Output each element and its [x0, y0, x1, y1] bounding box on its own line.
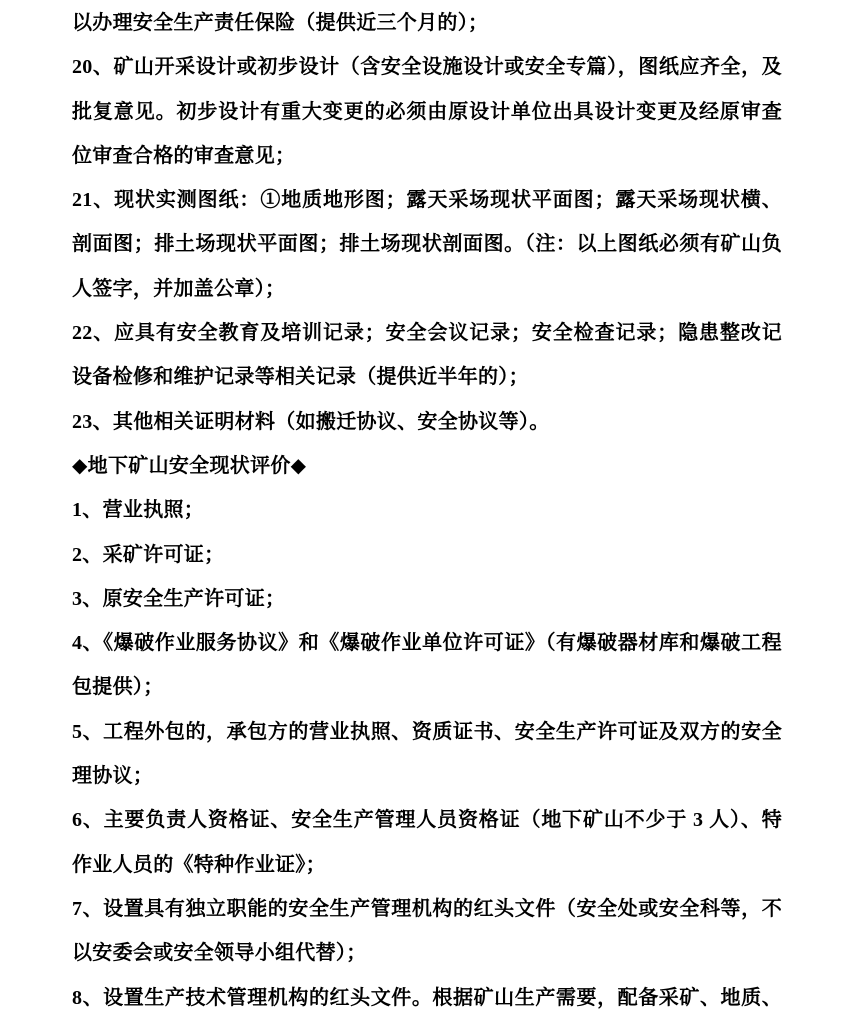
text-line: 包提供）； — [72, 665, 782, 709]
text-line: 6、主要负责人资格证、安全生产管理人员资格证（地下矿山不少于 3 人）、特种 — [72, 798, 782, 842]
text-line: 5、工程外包的，承包方的营业执照、资质证书、安全生产许可证及双方的安全管 — [72, 710, 782, 754]
paragraph: 6、主要负责人资格证、安全生产管理人员资格证（地下矿山不少于 3 人）、特种作业… — [72, 798, 782, 887]
text-line: 4、《爆破作业服务协议》和《爆破作业单位许可证》（有爆破器材库和爆破工程外 — [72, 621, 782, 665]
text-line: 23、其他相关证明材料（如搬迁协议、安全协议等）。 — [72, 400, 782, 444]
text-line: ◆地下矿山安全现状评价◆ — [72, 444, 782, 488]
paragraph: 3、原安全生产许可证； — [72, 577, 782, 621]
text-line: 7、设置具有独立职能的安全生产管理机构的红头文件（安全处或安全科等，不能 — [72, 887, 782, 931]
text-line: 位审查合格的审查意见； — [72, 134, 782, 178]
paragraph: 2、采矿许可证； — [72, 533, 782, 577]
document-body: 以办理安全生产责任保险（提供近三个月的）；20、矿山开采设计或初步设计（含安全设… — [72, 1, 782, 1020]
paragraph: 4、《爆破作业服务协议》和《爆破作业单位许可证》（有爆破器材库和爆破工程外包提供… — [72, 621, 782, 710]
paragraph: 5、工程外包的，承包方的营业执照、资质证书、安全生产许可证及双方的安全管理协议； — [72, 710, 782, 799]
text-line: 22、应具有安全教育及培训记录；安全会议记录；安全检查记录；隐患整改记录； — [72, 311, 782, 355]
text-line: 1、营业执照； — [72, 488, 782, 532]
text-line: 20、矿山开采设计或初步设计（含安全设施设计或安全专篇），图纸应齐全，及其 — [72, 45, 782, 89]
text-line: 以办理安全生产责任保险（提供近三个月的）； — [72, 1, 782, 45]
paragraph: 8、设置生产技术管理机构的红头文件。根据矿山生产需要，配备采矿、地质、测 — [72, 976, 782, 1020]
text-line: 人签字，并加盖公章）； — [72, 267, 782, 311]
text-line: 以安委会或安全领导小组代替）； — [72, 931, 782, 975]
text-line: 2、采矿许可证； — [72, 533, 782, 577]
paragraph: 22、应具有安全教育及培训记录；安全会议记录；安全检查记录；隐患整改记录；设备检… — [72, 311, 782, 400]
text-line: 作业人员的《特种作业证》； — [72, 843, 782, 887]
paragraph: 20、矿山开采设计或初步设计（含安全设施设计或安全专篇），图纸应齐全，及其批复意… — [72, 45, 782, 178]
text-line: 剖面图；排土场现状平面图；排土场现状剖面图。（注：以上图纸必须有矿山负责 — [72, 222, 782, 266]
section-heading: ◆地下矿山安全现状评价◆ — [72, 444, 782, 488]
text-line: 3、原安全生产许可证； — [72, 577, 782, 621]
paragraph: 23、其他相关证明材料（如搬迁协议、安全协议等）。 — [72, 400, 782, 444]
text-line: 8、设置生产技术管理机构的红头文件。根据矿山生产需要，配备采矿、地质、测 — [72, 976, 782, 1020]
document-page: 以办理安全生产责任保险（提供近三个月的）；20、矿山开采设计或初步设计（含安全设… — [0, 0, 850, 1030]
paragraph: 21、现状实测图纸：①地质地形图；露天采场现状平面图；露天采场现状横、纵剖面图；… — [72, 178, 782, 311]
text-line: 批复意见。初步设计有重大变更的必须由原设计单位出具设计变更及经原审查单 — [72, 90, 782, 134]
text-line: 理协议； — [72, 754, 782, 798]
paragraph: 1、营业执照； — [72, 488, 782, 532]
paragraph: 以办理安全生产责任保险（提供近三个月的）； — [72, 1, 782, 45]
text-line: 设备检修和维护记录等相关记录（提供近半年的）； — [72, 355, 782, 399]
paragraph: 7、设置具有独立职能的安全生产管理机构的红头文件（安全处或安全科等，不能以安委会… — [72, 887, 782, 976]
text-line: 21、现状实测图纸：①地质地形图；露天采场现状平面图；露天采场现状横、纵 — [72, 178, 782, 222]
